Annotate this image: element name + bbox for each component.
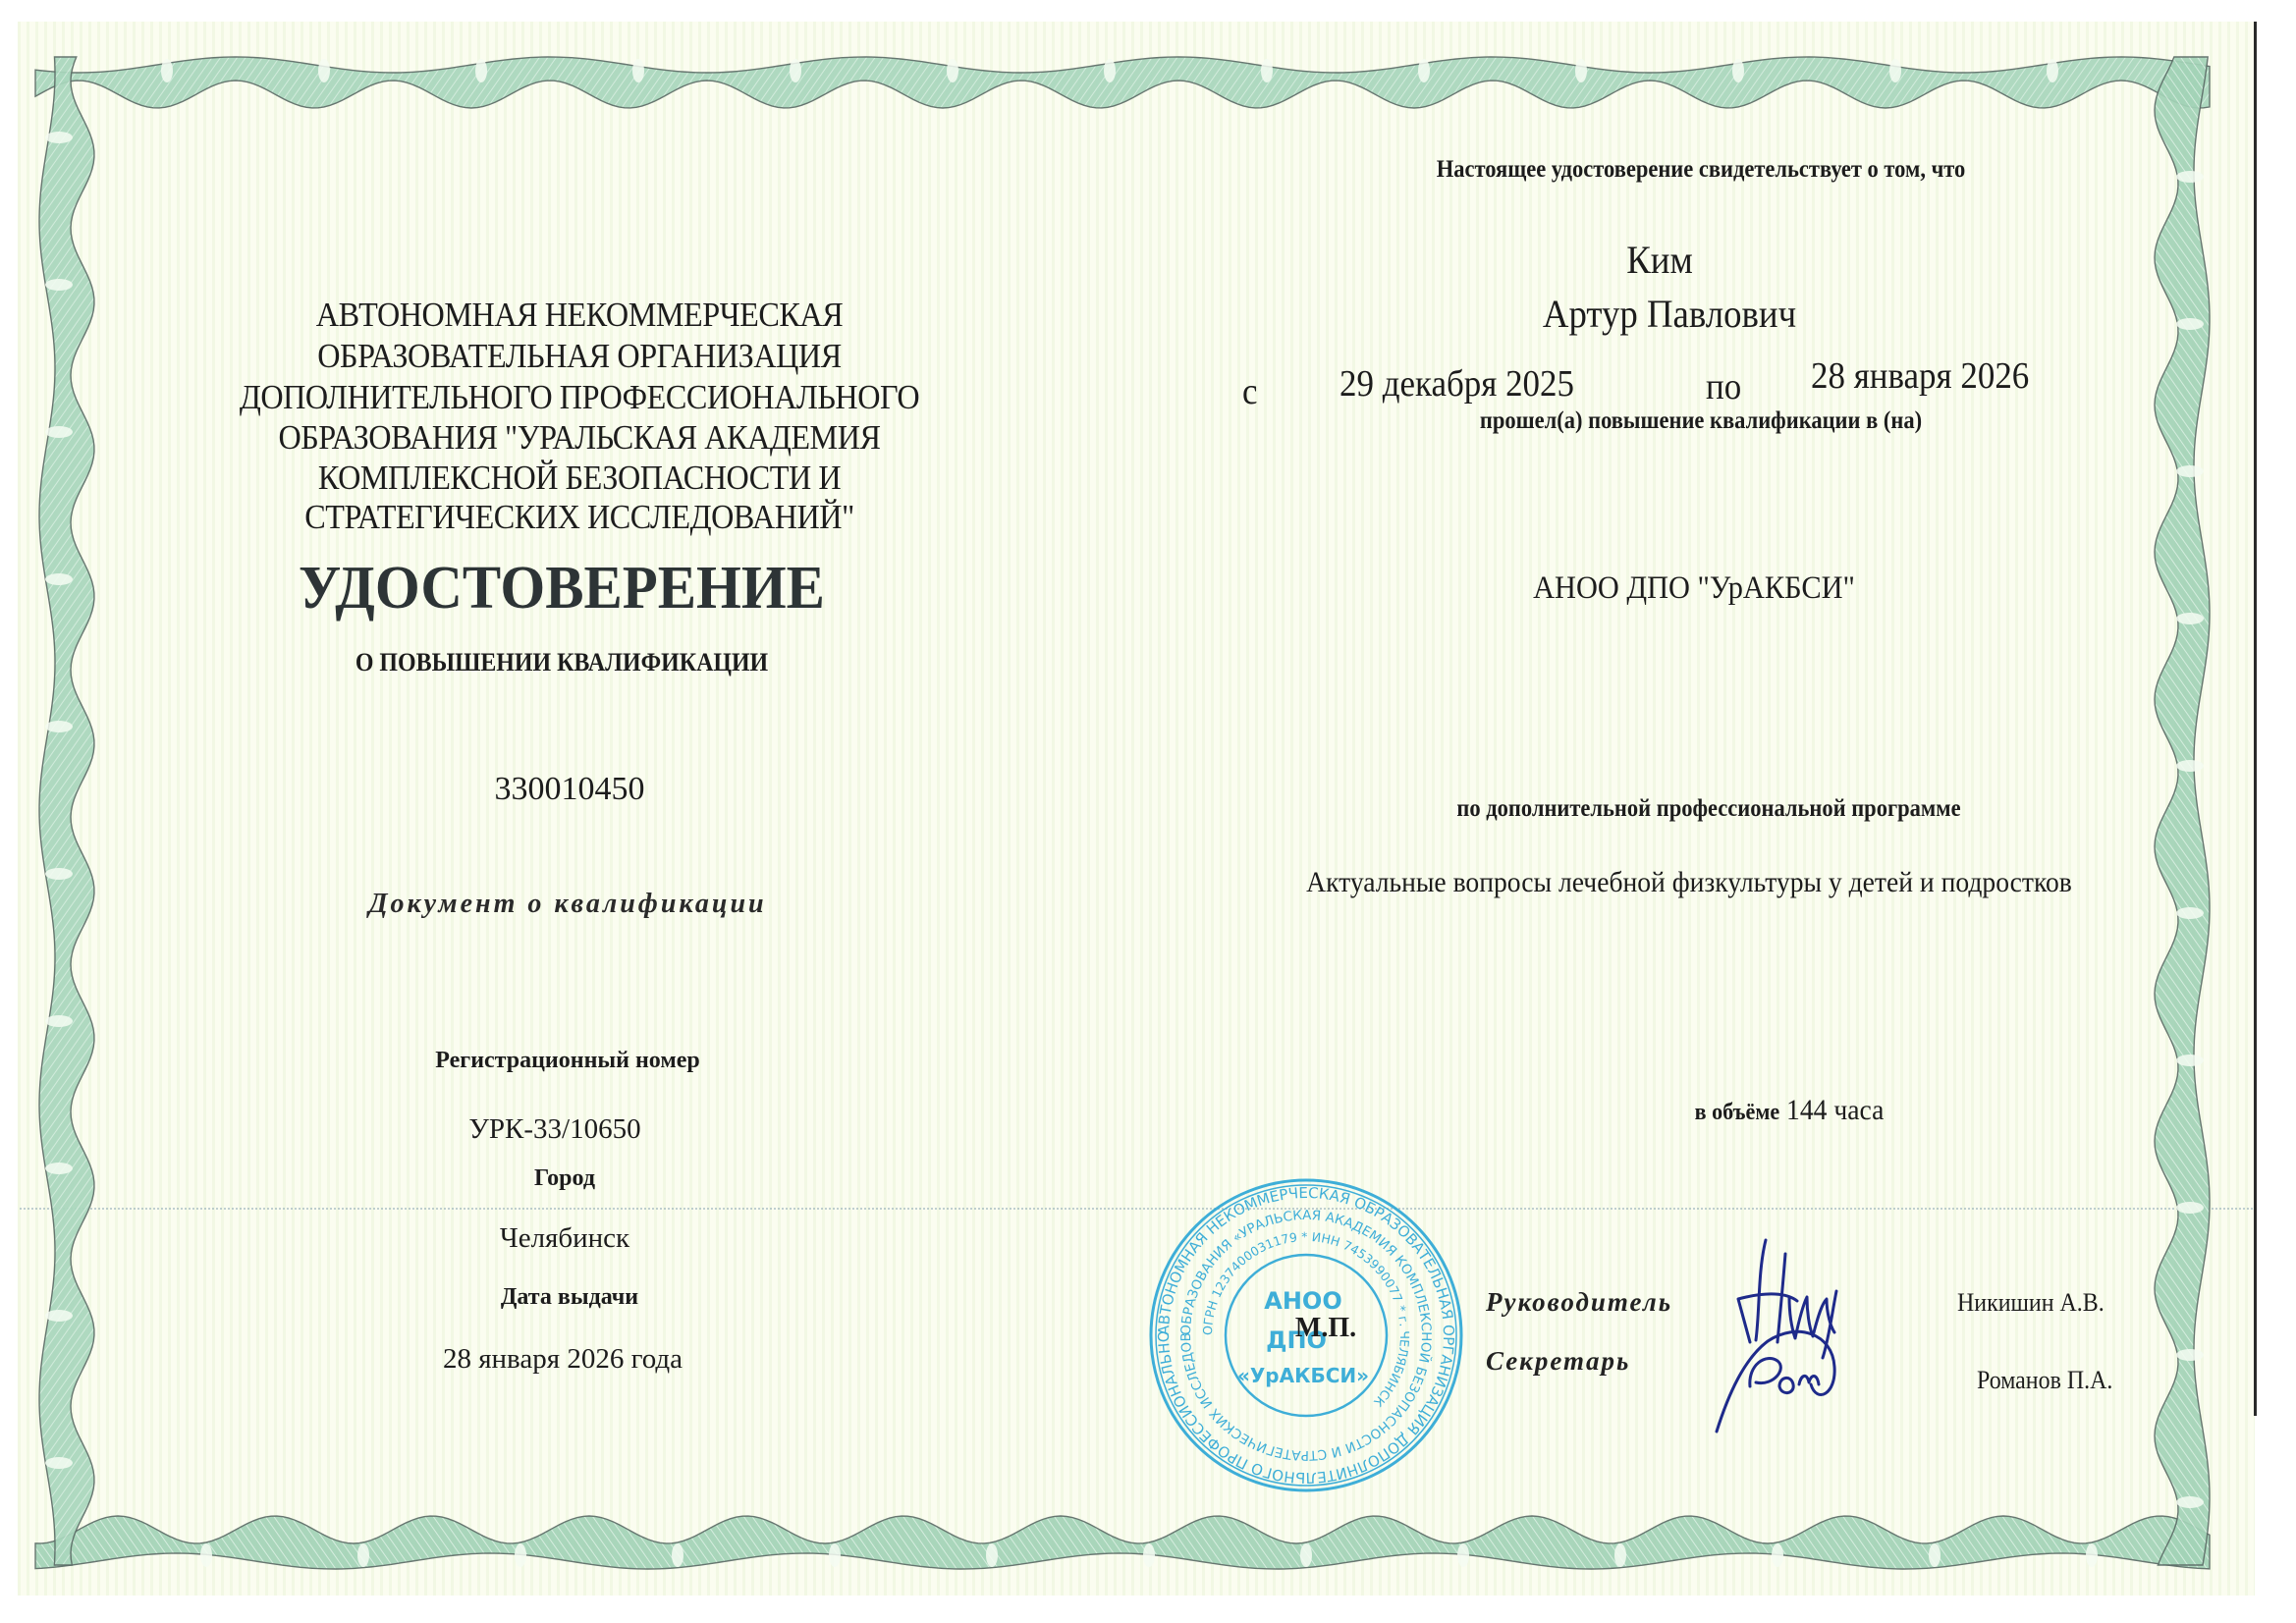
city-value: Челябинск [500,1224,629,1253]
org-name-line-2: ОБРАЗОВАТЕЛЬНАЯ ОРГАНИЗАЦИЯ [317,339,842,373]
org-name-line-4: ОБРАЗОВАНИЯ "УРАЛЬСКАЯ АКАДЕМИЯ [278,420,880,455]
organization-short-name: АНОО ДПО "УрАКБСИ" [1533,572,1855,605]
issue-date-value: 28 января 2026 года [443,1345,683,1374]
secretary-signature-icon [1709,1316,1886,1434]
volume-value: 144 часа [1786,1094,1884,1126]
director-name: Никишин А.В. [1957,1290,2105,1316]
holder-given-names: Артур Павлович [1543,295,1796,334]
program-name: Актуальные вопросы лечебной физкультуры … [1306,868,2072,897]
stamp-center-line-3: «УрАКБСИ» [1237,1364,1369,1387]
volume-line: в объёме 144 часа [1695,1096,1885,1125]
holder-surname: Ким [1626,241,1693,280]
program-label: по дополнительной профессиональной прогр… [1456,796,1960,821]
volume-label: в объёме [1695,1100,1779,1125]
city-label: Город [534,1166,595,1190]
org-name-line-5: КОМПЛЕКСНОЙ БЕЗОПАСНОСТИ И [318,460,841,495]
official-stamp: АВТОНОМНАЯ НЕКОММЕРЧЕСКАЯ ОБРАЗОВАТЕЛЬНА… [1144,1173,1468,1497]
document-kind: Документ о квалификации [368,891,766,918]
stamp-mp-overlay: М.П. [1295,1313,1356,1343]
certificate-subtitle: О ПОВЫШЕНИИ КВАЛИФИКАЦИИ [355,650,768,676]
certificate-title: УДОСТОВЕРЕНИЕ [299,558,825,619]
reg-number-value: УРК-33/10650 [468,1115,640,1144]
org-name-line-6: СТРАТЕГИЧЕСКИХ ИССЛЕДОВАНИЙ" [304,500,854,534]
from-prefix: с [1242,373,1258,410]
stamp-center-line-1: АНОО [1264,1287,1341,1315]
passed-text: прошел(а) повышение квалификации в (на) [1480,408,1922,433]
org-name-line-3: ДОПОЛНИТЕЛЬНОГО ПРОФЕССИОНАЛЬНОГО [240,380,919,414]
director-role: Руководитель [1486,1289,1672,1316]
secretary-role: Секретарь [1486,1348,1630,1375]
date-to: 28 января 2026 [1811,357,2029,395]
intro-text: Настоящее удостоверение свидетельствует … [1437,157,1966,182]
org-name-line-1: АВТОНОМНАЯ НЕКОММЕРЧЕСКАЯ [316,298,843,332]
date-from: 29 декабря 2025 [1339,365,1574,403]
issue-date-label: Дата выдачи [501,1285,638,1309]
to-prefix: по [1706,368,1741,406]
reg-number-label: Регистрационный номер [435,1049,699,1072]
certificate-number: 330010450 [495,773,645,806]
secretary-name: Романов П.А. [1977,1368,2112,1393]
